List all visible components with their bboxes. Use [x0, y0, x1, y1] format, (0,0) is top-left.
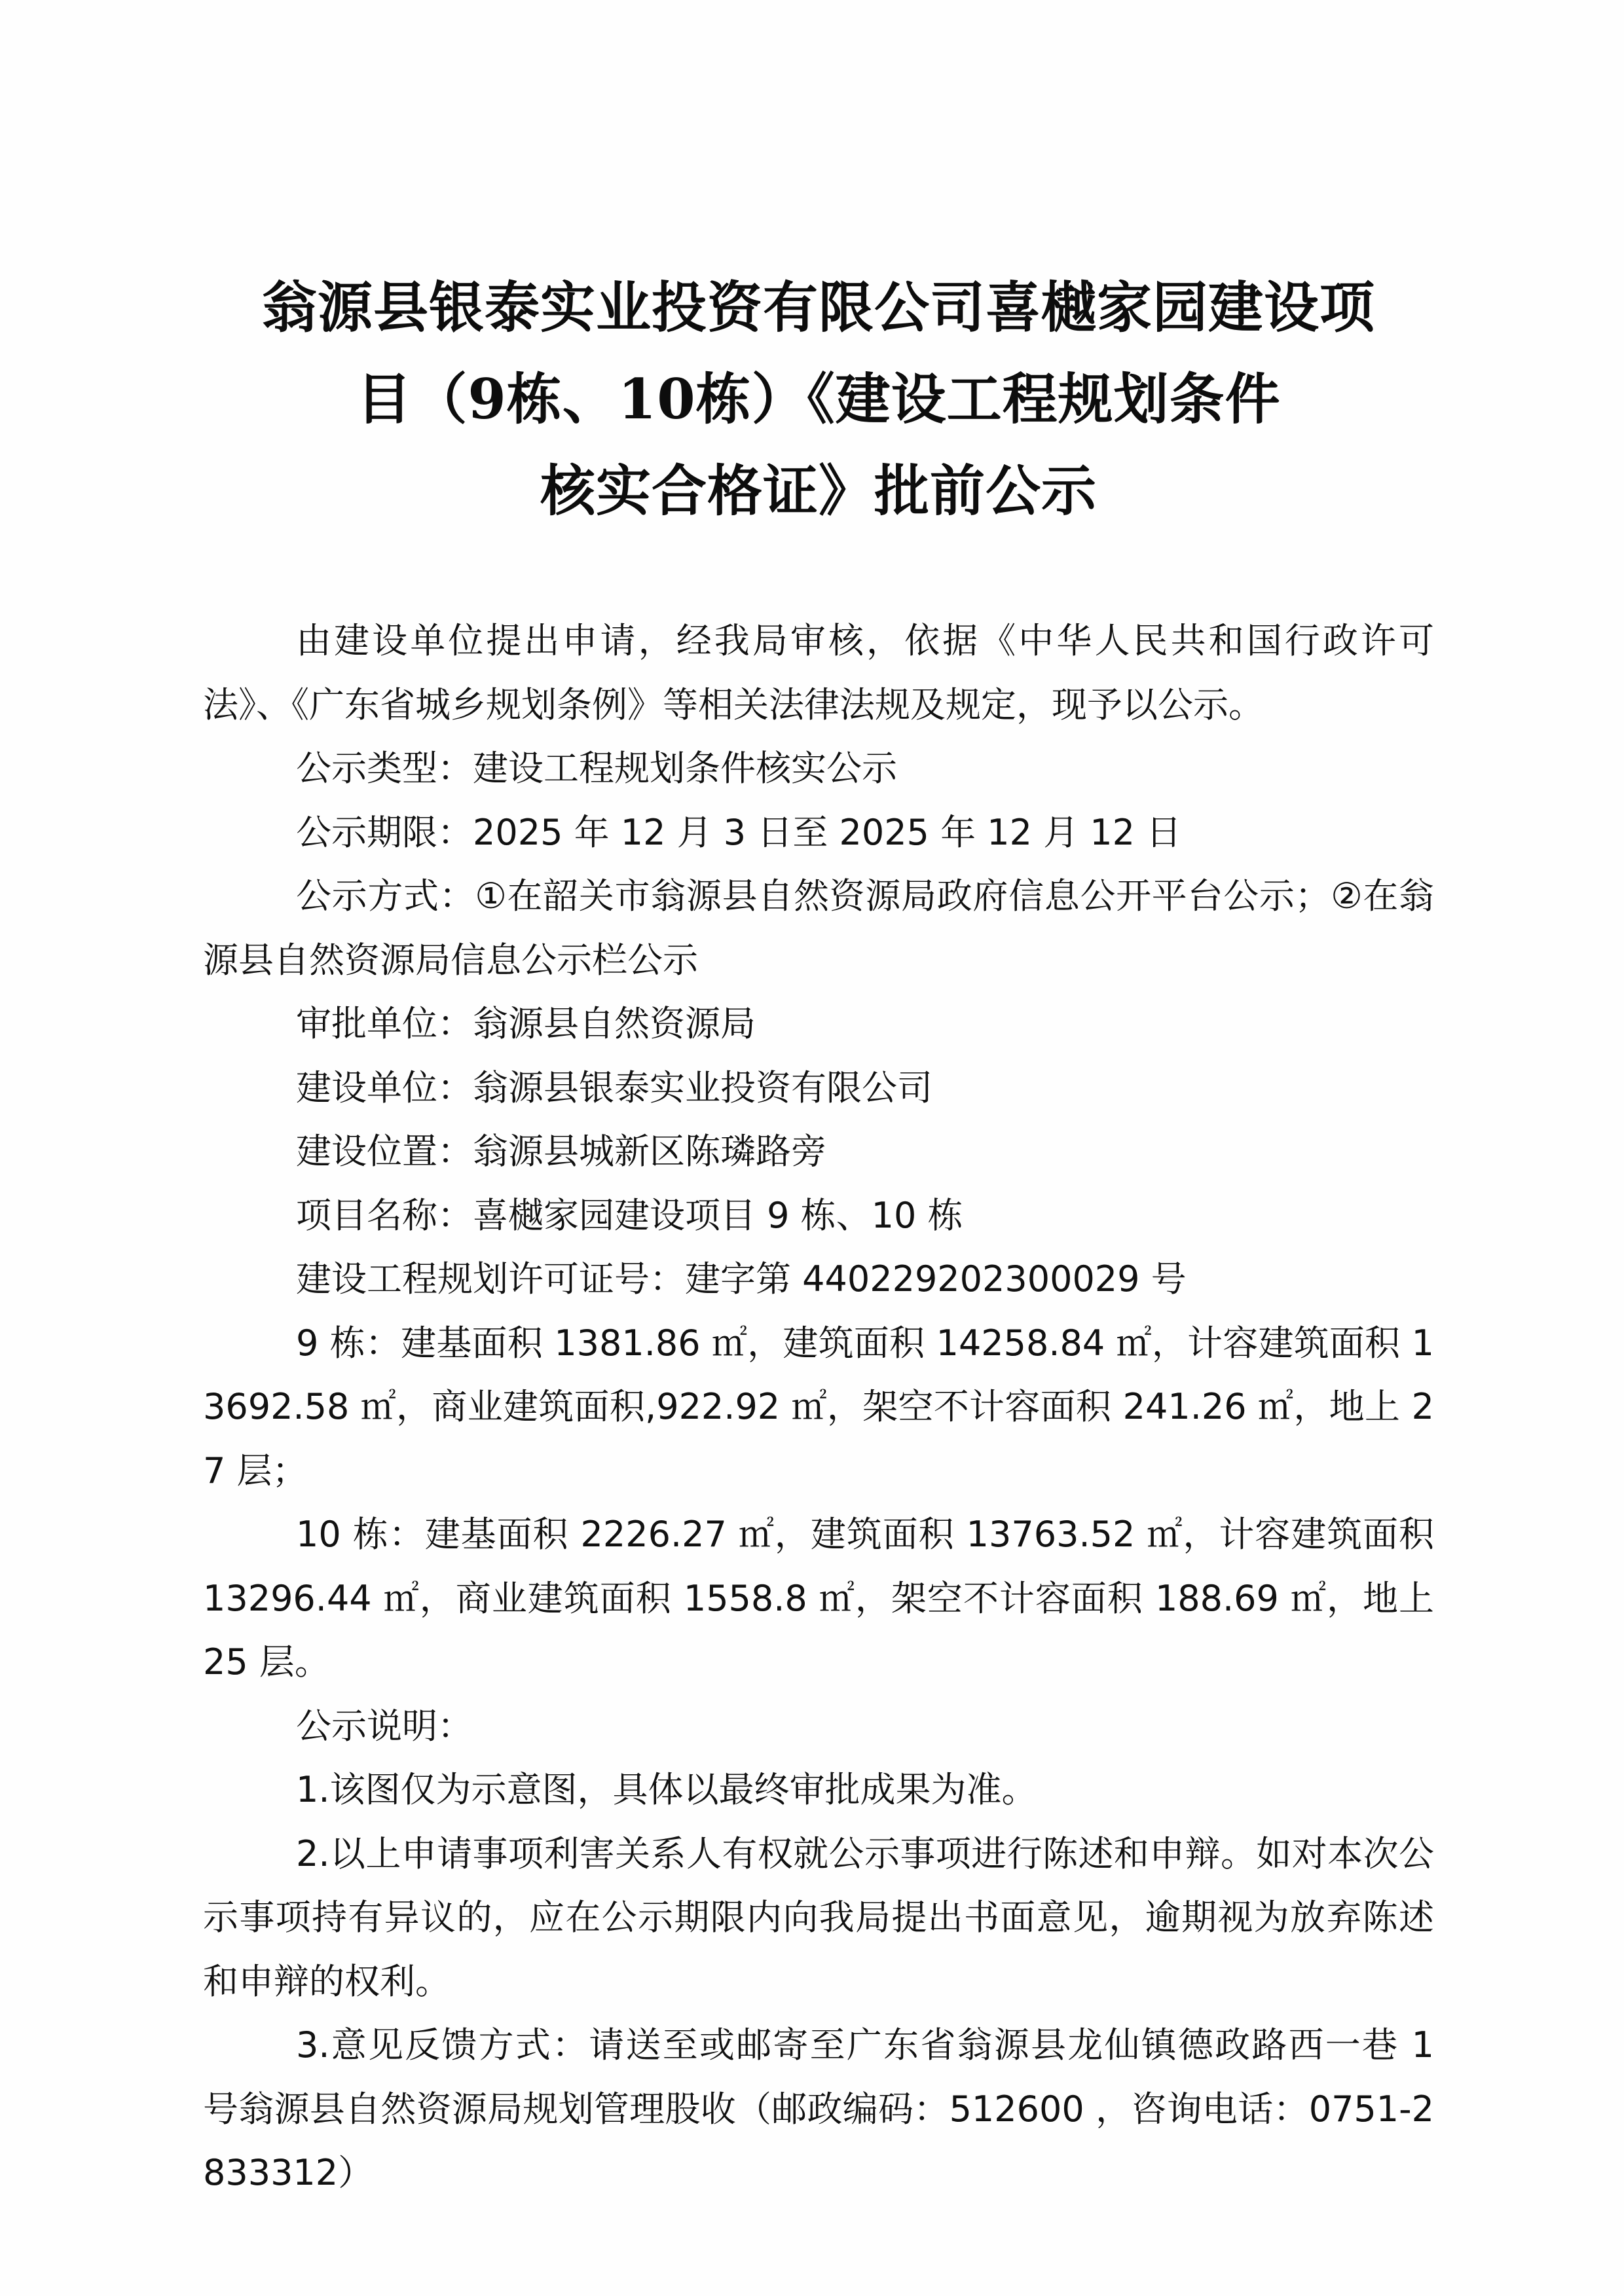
field-notice-period: 公示期限：2025 年 12 月 3 日至 2025 年 12 月 12 日 — [203, 801, 1434, 865]
document-body: 由建设单位提出申请，经我局审核，依据《中华人民共和国行政许可法》、《广东省城乡规… — [203, 609, 1434, 2205]
title-line-2: 目（9栋、10栋）《建设工程规划条件 — [196, 354, 1441, 445]
note-2: 2.以上申请事项利害关系人有权就公示事项进行陈述和申辩。如对本次公示事项持有异议… — [203, 1822, 1434, 2014]
field-value: 2025 年 12 月 3 日至 2025 年 12 月 12 日 — [473, 812, 1181, 853]
field-label: 建设工程规划许可证号： — [296, 1258, 685, 1300]
building-10-details: 10 栋：建基面积 2226.27 ㎡，建筑面积 13763.52 ㎡，计容建筑… — [203, 1503, 1434, 1694]
building-label: 10 栋： — [296, 1514, 425, 1555]
document-title: 翁源县银泰实业投资有限公司喜樾家园建设项 目（9栋、10栋）《建设工程规划条件 … — [196, 262, 1441, 537]
field-value: 喜樾家园建设项目 9 栋、10 栋 — [473, 1195, 963, 1236]
field-value: 建字第 440229202300029 号 — [685, 1258, 1187, 1300]
note-3: 3.意见反馈方式：请送至或邮寄至广东省翁源县龙仙镇德政路西一巷 1 号翁源县自然… — [203, 2013, 1434, 2205]
title-line-3: 核实合格证》批前公示 — [196, 445, 1441, 537]
field-label: 公示期限： — [296, 812, 473, 853]
field-value: 翁源县自然资源局 — [473, 1003, 756, 1044]
field-approval-unit: 审批单位：翁源县自然资源局 — [203, 992, 1434, 1056]
field-notice-method: 公示方式：①在韶关市翁源县自然资源局政府信息公开平台公示；②在翁源县自然资源局信… — [203, 864, 1434, 992]
field-label: 公示类型： — [296, 748, 473, 789]
field-permit-number: 建设工程规划许可证号：建字第 440229202300029 号 — [203, 1247, 1434, 1311]
note-1: 1.该图仅为示意图，具体以最终审批成果为准。 — [203, 1758, 1434, 1822]
field-notice-type: 公示类型：建设工程规划条件核实公示 — [203, 737, 1434, 801]
title-line-1: 翁源县银泰实业投资有限公司喜樾家园建设项 — [196, 262, 1441, 354]
field-construction-location: 建设位置：翁源县城新区陈璘路旁 — [203, 1120, 1434, 1184]
building-9-details: 9 栋：建基面积 1381.86 ㎡，建筑面积 14258.84 ㎡，计容建筑面… — [203, 1311, 1434, 1503]
field-label: 建设单位： — [296, 1067, 473, 1108]
building-label: 9 栋： — [296, 1322, 401, 1364]
document-page: 翁源县银泰实业投资有限公司喜樾家园建设项 目（9栋、10栋）《建设工程规划条件 … — [0, 0, 1624, 2296]
intro-paragraph: 由建设单位提出申请，经我局审核，依据《中华人民共和国行政许可法》、《广东省城乡规… — [203, 609, 1434, 737]
field-construction-unit: 建设单位：翁源县银泰实业投资有限公司 — [203, 1056, 1434, 1120]
notes-heading: 公示说明： — [203, 1694, 1434, 1758]
field-label: 审批单位： — [296, 1003, 473, 1044]
field-value: 翁源县城新区陈璘路旁 — [473, 1131, 826, 1172]
field-label: 公示方式： — [296, 875, 475, 917]
field-value: 建设工程规划条件核实公示 — [473, 748, 897, 789]
field-label: 项目名称： — [296, 1195, 473, 1236]
field-value: 翁源县银泰实业投资有限公司 — [473, 1067, 932, 1108]
field-label: 建设位置： — [296, 1131, 473, 1172]
field-project-name: 项目名称：喜樾家园建设项目 9 栋、10 栋 — [203, 1184, 1434, 1248]
